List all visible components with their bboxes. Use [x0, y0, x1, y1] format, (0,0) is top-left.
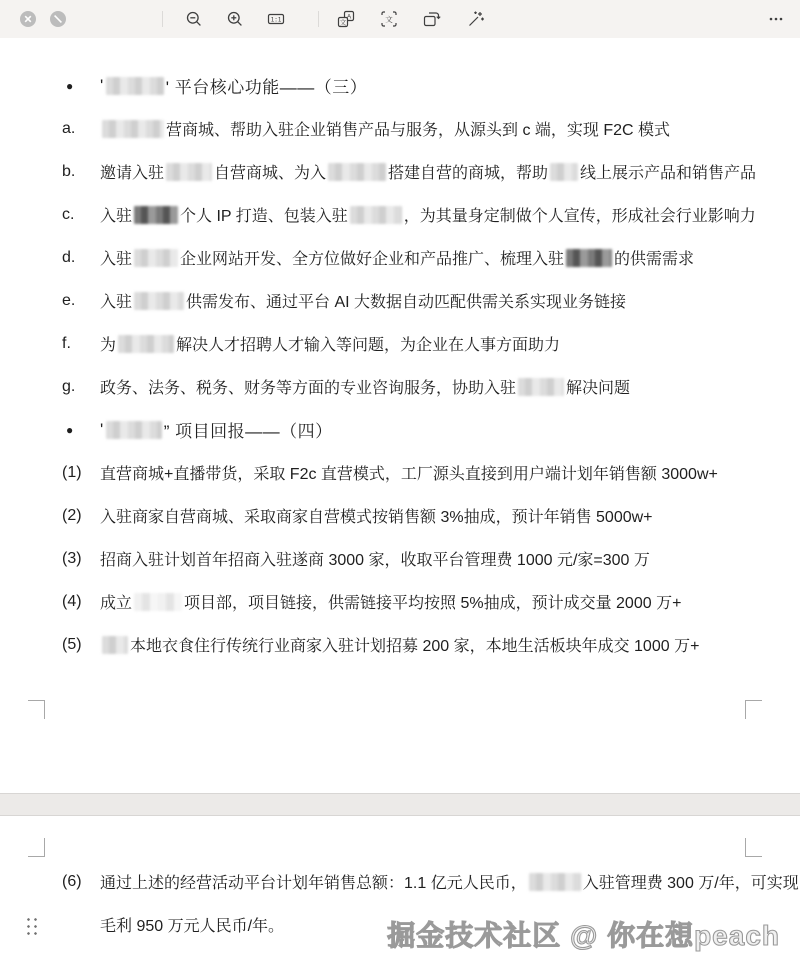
text-run: 项目部，项目链接，供需链接平均按照 5%抽成，预计成交量 2000 万+: [184, 590, 681, 613]
watermark: 掘金技术社区 @ 你在想peach: [387, 914, 780, 954]
text-run: 毛利 950 万元人民币/年。: [100, 913, 284, 936]
text-run: 直营商城+直播带货，采取 F2c 直营模式，工厂源头直接到用户端计划年销售额 3…: [100, 461, 718, 484]
image-viewer-window: 1:1 A 文 文: [0, 0, 800, 968]
redacted-text: [166, 163, 212, 181]
toolbar-divider: [162, 11, 163, 27]
text-run: ” 项目回报——（四）: [164, 417, 333, 442]
list-marker: a.: [62, 120, 100, 138]
text-run: ': [100, 76, 104, 96]
list-item-row: b.邀请入驻自营商城、为入搭建自营的商城，帮助线上展示产品和销售产品: [0, 150, 800, 193]
text-run: 政务、法务、税务、财务等方面的专业咨询服务，协助入驻: [100, 375, 516, 398]
svg-text:1:1: 1:1: [271, 16, 282, 23]
list-marker: (3): [62, 550, 100, 568]
list-item-row: (3)招商入驻计划首年招商入驻遂商 3000 家，收取平台管理费 1000 元/…: [0, 537, 800, 580]
rotate-icon[interactable]: [423, 10, 441, 28]
text-run: 入驻: [100, 203, 132, 226]
zoom-in-icon[interactable]: [226, 10, 244, 28]
redacted-text: [134, 249, 178, 267]
text-run: 入驻: [100, 289, 132, 312]
redacted-text: [328, 163, 386, 181]
text-run: 搭建自营的商城，帮助: [388, 160, 548, 183]
redacted-text: [118, 335, 174, 353]
list-item-row: f.为解决人才招聘人才输入等问题，为企业在人事方面助力: [0, 322, 800, 365]
bullet-marker: ●: [62, 423, 100, 437]
ocr-text-icon[interactable]: 文: [380, 10, 398, 28]
redacted-text: [350, 206, 402, 224]
list-marker: e.: [62, 292, 100, 310]
list-marker: f.: [62, 335, 100, 353]
text-run: 入驻管理费 300 万/年，可实现: [583, 870, 799, 893]
redacted-text: [102, 120, 164, 138]
toolbar-divider: [318, 11, 319, 27]
redacted-text: [106, 77, 164, 95]
page-margin-mark: [745, 700, 762, 719]
redacted-text: [106, 421, 162, 439]
list-marker: (4): [62, 593, 100, 611]
zoom-out-icon[interactable]: [185, 10, 203, 28]
redacted-text: [518, 378, 564, 396]
page-break-separator: [0, 793, 800, 816]
text-run: 线上展示产品和销售产品: [580, 160, 756, 183]
actual-size-icon[interactable]: 1:1: [267, 10, 285, 28]
heading-row: ●'' 平台核心功能——（三）: [0, 64, 800, 107]
text-run: 本地衣食住行传统行业商家入驻计划招募 200 家，本地生活板块年成交 1000 …: [130, 633, 699, 656]
list-item-row: d.入驻企业网站开发、全方位做好企业和产品推广、梳理入驻的供需需求: [0, 236, 800, 279]
text-run: ': [100, 420, 104, 440]
redacted-text: [134, 292, 184, 310]
list-item-row: (5)本地衣食住行传统行业商家入驻计划招募 200 家，本地生活板块年成交 10…: [0, 623, 800, 666]
list-marker: (2): [62, 507, 100, 525]
document-page-1: ●'' 平台核心功能——（三）a.营商城、帮助入驻企业销售产品与服务，从源头到 …: [0, 38, 800, 793]
list-marker: d.: [62, 249, 100, 267]
block-icon[interactable]: [50, 11, 66, 27]
translate-icon[interactable]: A 文: [337, 10, 355, 28]
bullet-marker: ●: [62, 79, 100, 93]
more-icon[interactable]: [767, 10, 785, 28]
page-margin-mark: [745, 838, 762, 857]
magic-clean-icon[interactable]: [467, 10, 485, 28]
redacted-text: [134, 593, 182, 611]
list-marker: (6): [62, 873, 100, 891]
page-margin-mark: [28, 700, 45, 719]
text-run: 自营商城、为入: [214, 160, 326, 183]
list-item-row: (4)成立项目部，项目链接，供需链接平均按照 5%抽成，预计成交量 2000 万…: [0, 580, 800, 623]
svg-text:文: 文: [385, 14, 393, 24]
list-item-row: c.入驻个人 IP 打造、包装入驻，为其量身定制做个人宣传，形成社会行业影响力: [0, 193, 800, 236]
list-item-row: (6)通过上述的经营活动平台计划年销售总额：1.1 亿元人民币，入驻管理费 30…: [0, 860, 800, 903]
redacted-text: [134, 206, 178, 224]
text-run: 营商城、帮助入驻企业销售产品与服务，从源头到 c 端，实现 F2C 模式: [166, 117, 670, 140]
list-marker: g.: [62, 378, 100, 396]
list-item-row: (2)入驻商家自营商城、采取商家自营模式按销售额 3%抽成，预计年销售 5000…: [0, 494, 800, 537]
text-run: 企业网站开发、全方位做好企业和产品推广、梳理入驻: [180, 246, 564, 269]
text-run: 通过上述的经营活动平台计划年销售总额：1.1 亿元人民币，: [100, 870, 527, 893]
drag-handle-icon[interactable]: [24, 915, 38, 935]
list-item-row: g.政务、法务、税务、财务等方面的专业咨询服务，协助入驻解决问题: [0, 365, 800, 408]
text-run: ，为其量身定制做个人宣传，形成社会行业影响力: [404, 203, 756, 226]
text-run: 招商入驻计划首年招商入驻遂商 3000 家，收取平台管理费 1000 元/家=3…: [100, 547, 650, 570]
text-run: 个人 IP 打造、包装入驻: [180, 203, 348, 226]
text-run: 的供需需求: [614, 246, 694, 269]
text-run: 邀请入驻: [100, 160, 164, 183]
text-run: ' 平台核心功能——（三）: [166, 73, 367, 98]
text-run: 为: [100, 332, 116, 355]
page-1-content: ●'' 平台核心功能——（三）a.营商城、帮助入驻企业销售产品与服务，从源头到 …: [0, 38, 800, 666]
svg-text:文: 文: [340, 18, 347, 27]
list-item-row: a.营商城、帮助入驻企业销售产品与服务，从源头到 c 端，实现 F2C 模式: [0, 107, 800, 150]
text-run: 解决问题: [566, 375, 630, 398]
page-margin-mark: [28, 838, 45, 857]
redacted-text: [566, 249, 612, 267]
list-marker: (5): [62, 636, 100, 654]
toolbar: 1:1 A 文 文: [0, 0, 800, 39]
list-marker: (1): [62, 464, 100, 482]
text-run: 入驻商家自营商城、采取商家自营模式按销售额 3%抽成，预计年销售 5000w+: [100, 504, 653, 527]
list-marker: b.: [62, 163, 100, 181]
text-run: 供需发布、通过平台 AI 大数据自动匹配供需关系实现业务链接: [186, 289, 626, 312]
list-item-row: (1)直营商城+直播带货，采取 F2c 直营模式，工厂源头直接到用户端计划年销售…: [0, 451, 800, 494]
list-marker: c.: [62, 206, 100, 224]
text-run: 入驻: [100, 246, 132, 269]
redacted-text: [102, 636, 128, 654]
text-run: 成立: [100, 590, 132, 613]
redacted-text: [550, 163, 578, 181]
heading-row: ●'” 项目回报——（四）: [0, 408, 800, 451]
close-icon[interactable]: [20, 11, 36, 27]
redacted-text: [529, 873, 581, 891]
text-run: 解决人才招聘人才输入等问题，为企业在人事方面助力: [176, 332, 560, 355]
list-item-row: e.入驻供需发布、通过平台 AI 大数据自动匹配供需关系实现业务链接: [0, 279, 800, 322]
